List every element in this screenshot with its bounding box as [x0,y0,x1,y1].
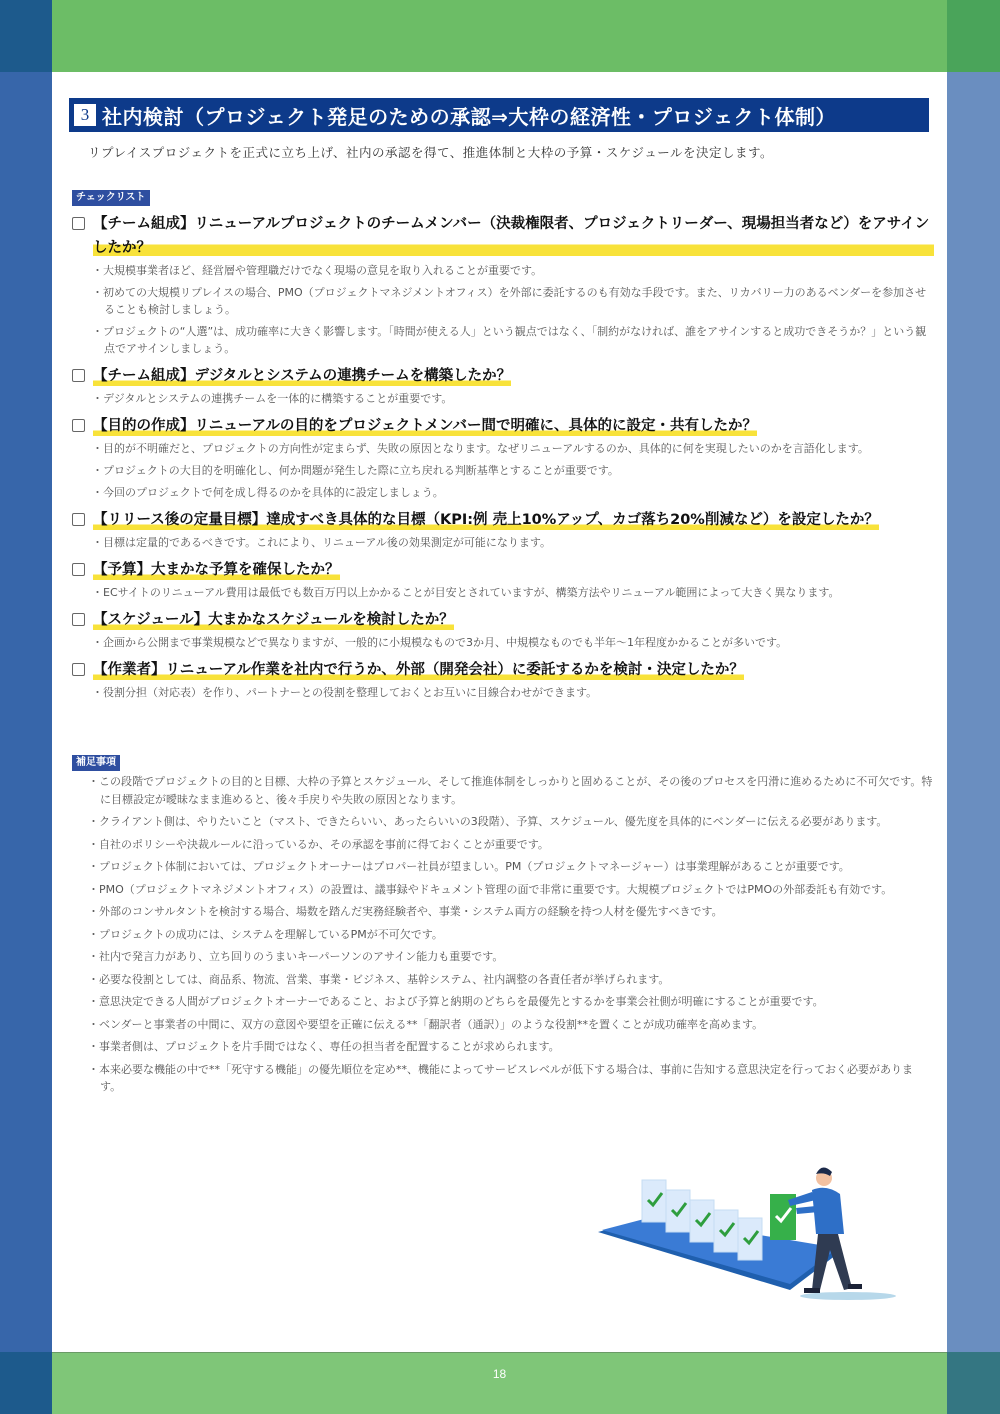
supplement-note: 自社のポリシーや決裁ルールに沿っているか、その承認を事前に得ておくことが重要です… [88,836,934,854]
checkbox[interactable] [72,613,85,626]
checklist-item: 【リリース後の定量目標】達成すべき具体的な目標（KPI:例 売上10%アップ、カ… [72,508,934,551]
note: 企画から公開まで事業規模などで異なりますが、一般的に小規模なもので3か月、中規模… [92,634,934,651]
section-title-bar: 3 社内検討（プロジェクト発足のための承認⇒大枠の経済性・プロジェクト体制） [69,98,929,132]
section-title: 社内検討（プロジェクト発足のための承認⇒大枠の経済性・プロジェクト体制） [102,101,836,130]
supplement-label: 補足事項 [72,755,120,771]
supplement-note: ベンダーと事業者の中間に、双方の意図や要望を正確に伝える**「翻訳者（通訳）」の… [88,1016,934,1034]
note: デジタルとシステムの連携チームを一体的に構築することが重要です。 [92,390,934,407]
note: 初めての大規模リプレイスの場合、PMO（プロジェクトマネジメントオフィス）を外部… [92,284,934,318]
checkbox[interactable] [72,217,85,230]
section-number-badge: 3 [74,104,96,126]
checklist-item-title: 【リリース後の定量目標】達成すべき具体的な目標（KPI:例 売上10%アップ、カ… [93,508,879,532]
person-checklist-icon [590,1160,900,1300]
supplement-note: プロジェクト体制においては、プロジェクトオーナーはプロパー社員が望ましい。PM（… [88,858,934,876]
note: 役割分担（対応表）を作り、パートナーとの役割を整理しておくとお互いに目線合わせが… [92,684,934,701]
supplement-list: この段階でプロジェクトの目的と目標、大枠の予算とスケジュール、そして推進体制をし… [88,773,934,1101]
note: 目的が不明確だと、プロジェクトの方向性が定まらず、失敗の原因となります。なぜリニ… [92,440,934,457]
right-margin-band-top [947,0,1000,72]
supplement-note: 外部のコンサルタントを検討する場合、場数を踏んだ実務経験者や、事業・システム両方… [88,903,934,921]
supplement-note: 事業者側は、プロジェクトを片手間ではなく、専任の担当者を配置することが求められま… [88,1038,934,1056]
supplement-note: クライアント側は、やりたいこと（マスト、できたらいい、あったらいいの3段階）、予… [88,813,934,831]
checklist-item: 【予算】大まかな予算を確保したか？ ECサイトのリニューアル費用は最低でも数百万… [72,558,934,601]
checklist-item: 【スケジュール】大まかなスケジュールを検討したか？ 企画から公開まで事業規模など… [72,608,934,651]
checklist-illustration [590,1160,900,1300]
supplement-note: 社内で発言力があり、立ち回りのうまいキーパーソンのアサイン能力も重要です。 [88,948,934,966]
checklist-item: 【チーム組成】デジタルとシステムの連携チームを構築したか？ デジタルとシステムの… [72,364,934,407]
note: 今回のプロジェクトで何を成し得るのかを具体的に設定しましょう。 [92,484,934,501]
supplement-note: この段階でプロジェクトの目的と目標、大枠の予算とスケジュール、そして推進体制をし… [88,773,934,808]
supplement-note: 本来必要な機能の中で**「死守する機能」の優先順位を定め**、機能によってサービ… [88,1061,934,1096]
checklist-item-title: 【チーム組成】リニューアルプロジェクトのチームメンバー（決裁権限者、プロジェクト… [93,212,934,260]
checklist: 【チーム組成】リニューアルプロジェクトのチームメンバー（決裁権限者、プロジェクト… [72,212,934,708]
checkbox[interactable] [72,419,85,432]
checkbox[interactable] [72,369,85,382]
supplement-note: 意思決定できる人間がプロジェクトオーナーであること、および予算と納期のどちらを最… [88,993,934,1011]
checkbox[interactable] [72,663,85,676]
footer-band: 18 [52,1352,947,1414]
left-margin-band-bottom [0,1352,52,1414]
checklist-item-title: 【スケジュール】大まかなスケジュールを検討したか？ [93,608,454,632]
checkbox[interactable] [72,513,85,526]
note: プロジェクトの“人選”は、成功確率に大きく影響します。「時間が使える人」という観… [92,323,934,357]
checklist-item-title: 【作業者】リニューアル作業を社内で行うか、外部（開発会社）に委託するかを検討・決… [93,658,744,682]
right-margin-band-bottom [947,1352,1000,1414]
checklist-item: 【チーム組成】リニューアルプロジェクトのチームメンバー（決裁権限者、プロジェクト… [72,212,934,357]
checkbox[interactable] [72,563,85,576]
supplement-note: 必要な役割としては、商品系、物流、営業、事業・ビジネス、基幹システム、社内調整の… [88,971,934,989]
note: プロジェクトの大目的を明確化し、何か問題が発生した際に立ち戻れる判断基準とするこ… [92,462,934,479]
left-margin-band-top [0,0,52,72]
checklist-item-title: 【チーム組成】デジタルとシステムの連携チームを構築したか？ [93,364,511,388]
supplement-note: PMO（プロジェクトマネジメントオフィス）の設置は、議事録やドキュメント管理の面… [88,881,934,899]
page-number: 18 [52,1367,947,1381]
checklist-item: 【作業者】リニューアル作業を社内で行うか、外部（開発会社）に委託するかを検討・決… [72,658,934,701]
note: 大規模事業者ほど、経営層や管理職だけでなく現場の意見を取り入れることが重要です。 [92,262,934,279]
note: 目標は定量的であるべきです。これにより、リニューアル後の効果測定が可能になります… [92,534,934,551]
note: ECサイトのリニューアル費用は最低でも数百万円以上かかることが目安とされています… [92,584,934,601]
checklist-label: チェックリスト [72,190,150,206]
right-margin-band [947,72,1000,1352]
checklist-item-title: 【目的の作成】リニューアルの目的をプロジェクトメンバー間で明確に、具体的に設定・… [93,414,757,438]
checklist-item-title: 【予算】大まかな予算を確保したか？ [93,558,340,582]
checklist-item: 【目的の作成】リニューアルの目的をプロジェクトメンバー間で明確に、具体的に設定・… [72,414,934,501]
left-margin-band [0,72,52,1352]
header-band [52,0,947,72]
supplement-note: プロジェクトの成功には、システムを理解しているPMが不可欠です。 [88,926,934,944]
section-intro: リプレイスプロジェクトを正式に立ち上げ、社内の承認を得て、推進体制と大枠の予算・… [88,143,773,161]
